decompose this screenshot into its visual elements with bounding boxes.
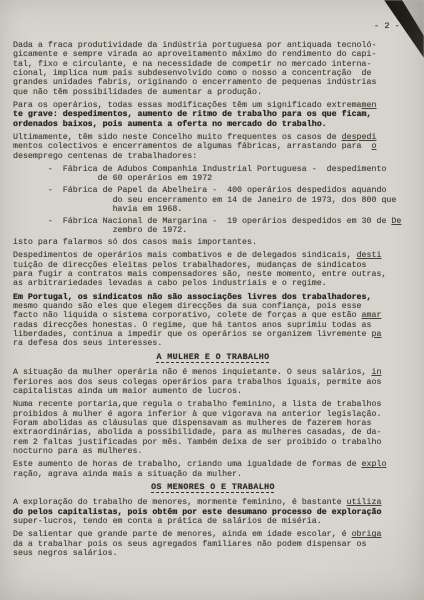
paragraph: Numa recente portaria,que regula o traba… bbox=[13, 400, 413, 456]
line-text: da a trabalhar pois os seus agregados fa… bbox=[13, 540, 367, 549]
text-line: havia em 1968. bbox=[13, 205, 413, 214]
line-text: de 60 operários em 1972 bbox=[13, 174, 212, 183]
word-break-underline: despedi bbox=[342, 133, 377, 142]
text-line: feriores aos dos seus colegas operários … bbox=[13, 378, 413, 387]
line-text: havia em 1968. bbox=[13, 205, 182, 214]
line-text: rem 2 faltas justificadas por mês. També… bbox=[13, 438, 381, 447]
line-text: cional, implica num país subdesenvolvido… bbox=[13, 69, 371, 78]
word-break-underline: pa bbox=[371, 330, 381, 339]
line-text: grandes unidades fabris, originando o en… bbox=[13, 78, 376, 87]
line-text: seus negros salários. bbox=[13, 549, 118, 558]
text-line: Este aumento de horas de trabalho, crian… bbox=[13, 460, 413, 469]
text-line: Em Portugal, os sindicatos não são assoc… bbox=[13, 293, 413, 302]
line-text: ração, agrava ainda mais a situação da m… bbox=[13, 470, 242, 479]
text-line: da a trabalhar pois os seus agregados fa… bbox=[13, 540, 413, 549]
line-text: - Fábrica de Papel da Abelheira - 400 op… bbox=[13, 186, 386, 195]
line-text: mentos colectivos e encerramentos de alg… bbox=[13, 142, 371, 151]
line-text: proibidos à mulher é agora inferior à qu… bbox=[13, 410, 381, 419]
text-line: ração, agrava ainda mais a situação da m… bbox=[13, 470, 413, 479]
line-text: radas direcções honestas. O regime, que … bbox=[13, 321, 371, 330]
line-text: as arbitrariedades levadas a cabo pelos … bbox=[13, 279, 327, 288]
text-line: capitalistas ainda um maior aumento de l… bbox=[13, 387, 413, 396]
scanned-document-page: - 2 - Dada a fraca produtividade da indú… bbox=[0, 0, 424, 600]
line-text: que não têm possibilidades de aumentar a… bbox=[13, 88, 262, 97]
line-text: Numa recente portaria,que regula o traba… bbox=[13, 400, 381, 409]
text-line: Para os operários, todas essas modificaç… bbox=[13, 101, 413, 110]
line-text: Em Portugal, os sindicatos não são assoc… bbox=[13, 293, 371, 302]
line-text: nocturno para as mulheres. bbox=[13, 447, 142, 456]
word-break-underline: De bbox=[391, 217, 401, 226]
text-line: grandes unidades fabris, originando o en… bbox=[13, 78, 413, 87]
text-line: ra defesa dos seus interesses. bbox=[13, 339, 413, 348]
paragraph: Despedimentos de operários mais combativ… bbox=[13, 251, 413, 288]
section-heading: OS MENORES O E TRABALHO bbox=[13, 483, 413, 492]
word-break-underline: utiliza bbox=[347, 498, 382, 507]
line-text: A exploração do trabalho de menores, mor… bbox=[13, 498, 347, 507]
text-line: De salientar que grande parte de menores… bbox=[13, 530, 413, 539]
line-text: Para os operários, todas essas modificaç… bbox=[13, 101, 362, 110]
text-line: isto para falarmos só dos casos mais imp… bbox=[13, 238, 413, 247]
line-text: Despedimentos de operários mais combativ… bbox=[13, 251, 357, 260]
text-line: as arbitrariedades levadas a cabo pelos … bbox=[13, 279, 413, 288]
line-text: desemprego centenas de trabalhadores: bbox=[13, 152, 197, 161]
text-line: nocturno para as mulheres. bbox=[13, 447, 413, 456]
line-text: feriores aos dos seus colegas operários … bbox=[13, 378, 381, 387]
text-line: A situação da mulher operária não é meno… bbox=[13, 368, 413, 377]
line-text: do seu encerramento em 14 de Janeiro de … bbox=[13, 196, 396, 205]
text-line: gicamente e sempre virada ao aproveitame… bbox=[13, 50, 413, 59]
line-text: super-lucros, tendo em conta a prática d… bbox=[13, 517, 322, 526]
text-line: de 60 operários em 1972 bbox=[13, 174, 413, 183]
line-text: A situação da mulher operária não é meno… bbox=[13, 368, 371, 377]
text-line: Foram abolidas as cláusulas que dispensa… bbox=[13, 419, 413, 428]
line-text: facto não liquida o sistema corporativo,… bbox=[13, 311, 362, 320]
line-text: isto para falarmos só dos casos mais imp… bbox=[13, 238, 257, 247]
paragraph: Em Portugal, os sindicatos não são assoc… bbox=[13, 293, 413, 349]
line-text: mesmo quando são eles que elegem direcçõ… bbox=[13, 302, 362, 311]
text-line: Dada a fraca produtividade da indústria … bbox=[13, 41, 413, 50]
line-text: tal, fixo e circulante, e na necessidade… bbox=[13, 60, 371, 69]
line-text: extraordinárias, abolida a possibilidade… bbox=[13, 428, 381, 437]
line-text: Este aumento de horas de trabalho, crian… bbox=[13, 460, 362, 469]
text-line: seus negros salários. bbox=[13, 549, 413, 558]
line-text: liberdades, continua a impedir que os op… bbox=[13, 330, 371, 339]
paragraph: A situação da mulher operária não é meno… bbox=[13, 368, 413, 396]
document-body: Dada a fraca produtividade da indústria … bbox=[13, 41, 413, 562]
word-break-underline: desti bbox=[357, 251, 382, 260]
line-text: De salientar que grande parte de menores… bbox=[13, 530, 352, 539]
text-line: radas direcções honestas. O regime, que … bbox=[13, 321, 413, 330]
list-item: - Fábrica Nacional de Margarina - 19 ope… bbox=[13, 217, 413, 236]
text-line: tuição de direcções eleitas pelos trabal… bbox=[13, 261, 413, 270]
line-text: Ultimamente, têm sido neste Concelho mui… bbox=[13, 133, 342, 142]
text-line: mentos colectivos e encerramentos de alg… bbox=[13, 142, 413, 151]
word-break-underline: in bbox=[371, 368, 381, 377]
paragraph: A exploração do trabalho de menores, mor… bbox=[13, 498, 413, 526]
list-item: - Fábrica de Papel da Abelheira - 400 op… bbox=[13, 186, 413, 214]
paragraph: isto para falarmos só dos casos mais imp… bbox=[13, 238, 413, 247]
line-text: - Fábrica Nacional de Margarina - 19 ope… bbox=[13, 217, 391, 226]
text-line: super-lucros, tendo em conta a prática d… bbox=[13, 517, 413, 526]
text-line: Despedimentos de operários mais combativ… bbox=[13, 251, 413, 260]
line-text: ordenados baixos, pois aumenta a oferta … bbox=[13, 120, 327, 129]
text-line: que não têm possibilidades de aumentar a… bbox=[13, 88, 413, 97]
text-line: - Fábrica de Papel da Abelheira - 400 op… bbox=[13, 186, 413, 195]
line-text: Dada a fraca produtividade da indústria … bbox=[13, 41, 376, 50]
line-text: gicamente e sempre virada ao aproveitame… bbox=[13, 50, 376, 59]
text-line: proibidos à mulher é agora inferior à qu… bbox=[13, 410, 413, 419]
paragraph: Para os operários, todas essas modificaç… bbox=[13, 101, 413, 129]
section-heading: A MULHER E O TRABALHO bbox=[13, 353, 413, 362]
paragraph: Este aumento de horas de trabalho, crian… bbox=[13, 460, 413, 479]
paragraph: De salientar que grande parte de menores… bbox=[13, 530, 413, 558]
text-line: extraordinárias, abolida a possibilidade… bbox=[13, 428, 413, 437]
word-break-underline: men bbox=[362, 101, 377, 110]
line-text: tuição de direcções eleitas pelos trabal… bbox=[13, 261, 367, 270]
line-text: para fugir a contratos mais compensadore… bbox=[13, 270, 386, 279]
section-heading-text: OS MENORES O E TRABALHO bbox=[151, 483, 275, 492]
line-text: ra defesa dos seus interesses. bbox=[13, 339, 162, 348]
text-line: zembro de 1972. bbox=[13, 226, 413, 235]
text-line: - Fábrica Nacional de Margarina - 19 ope… bbox=[13, 217, 413, 226]
word-break-underline: obriga bbox=[352, 530, 382, 539]
word-break-underline: explo bbox=[362, 460, 387, 469]
text-line: do seu encerramento em 14 de Janeiro de … bbox=[13, 196, 413, 205]
list-item: - Fábrica de Adubos Companhia Industrial… bbox=[13, 165, 413, 184]
line-text: te grave: despedimentos, aumento de ritm… bbox=[13, 110, 371, 119]
text-line: desemprego centenas de trabalhadores: bbox=[13, 152, 413, 161]
line-text: - Fábrica de Adubos Companhia Industrial… bbox=[13, 165, 386, 174]
paragraph: Ultimamente, têm sido neste Concelho mui… bbox=[13, 133, 413, 161]
word-break-underline: amar bbox=[362, 311, 382, 320]
text-line: do pelos capitalistas, pois obtêm por es… bbox=[13, 508, 413, 517]
section-heading-text: A MULHER E O TRABALHO bbox=[157, 353, 270, 362]
line-text: capitalistas ainda um maior aumento de l… bbox=[13, 387, 242, 396]
text-line: facto não liquida o sistema corporativo,… bbox=[13, 311, 413, 320]
text-line: te grave: despedimentos, aumento de ritm… bbox=[13, 110, 413, 119]
text-line: A exploração do trabalho de menores, mor… bbox=[13, 498, 413, 507]
text-line: cional, implica num país subdesenvolvido… bbox=[13, 69, 413, 78]
text-line: ordenados baixos, pois aumenta a oferta … bbox=[13, 120, 413, 129]
text-line: rem 2 faltas justificadas por mês. També… bbox=[13, 438, 413, 447]
text-line: Numa recente portaria,que regula o traba… bbox=[13, 400, 413, 409]
text-line: para fugir a contratos mais compensadore… bbox=[13, 270, 413, 279]
text-line: tal, fixo e circulante, e na necessidade… bbox=[13, 60, 413, 69]
page-number: - 2 - bbox=[374, 21, 400, 31]
line-text: do pelos capitalistas, pois obtêm por es… bbox=[13, 508, 381, 517]
word-break-underline: o bbox=[371, 142, 376, 151]
line-text: Foram abolidas as cláusulas que dispensa… bbox=[13, 419, 371, 428]
paragraph: Dada a fraca produtividade da indústria … bbox=[13, 41, 413, 97]
line-text: zembro de 1972. bbox=[13, 226, 187, 235]
